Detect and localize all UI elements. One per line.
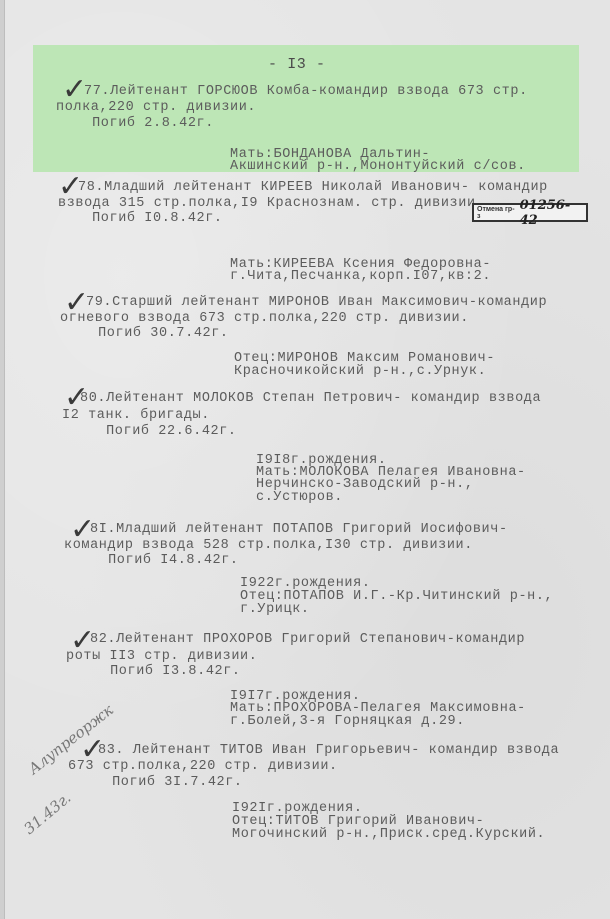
entry-77-line-2: полка,220 стр. дивизии. — [56, 101, 256, 115]
entry-79-relative-2: Красночикойский р-н.,с.Урнук. — [234, 365, 486, 379]
entry-78-line-3: Погиб I0.8.42г. — [66, 212, 223, 226]
entry-78-relative-2: г.Чита,Песчанка,корп.I07,кв:2. — [230, 270, 491, 284]
entry-78-line-2: взвода 315 стр.полка,I9 Краснознам. стр.… — [58, 197, 484, 211]
entry-77-line-1: 77.Лейтенант ГОРСЮОВ Комба-командир взво… — [84, 85, 528, 99]
entry-83-relative-3: Могочинский р-н.,Приск.сред.Курский. — [232, 828, 545, 842]
stamp-number: 01256-42 — [520, 198, 586, 228]
entry-81-relative-3: г.Урицк. — [240, 603, 310, 617]
document-page: - I3 - ✓ 77.Лейтенант ГОРСЮОВ Комба-кома… — [0, 0, 610, 919]
entry-81-line-1: 8I.Младший лейтенант ПОТАПОВ Григорий Ио… — [90, 523, 508, 537]
entry-83-line-3: Погиб 3I.7.42г. — [86, 776, 243, 790]
entry-82-line-1: 82.Лейтенант ПРОХОРОВ Григорий Степанови… — [90, 633, 525, 647]
entry-81-line-3: Погиб I4.8.42г. — [82, 554, 239, 568]
entry-80-relative-4: с.Устюров. — [256, 491, 343, 505]
entry-77-line-3: Погиб 2.8.42г. — [66, 117, 214, 131]
entry-83-line-2: 673 стр.полка,220 стр. дивизии. — [68, 760, 338, 774]
entry-79-line-2: огневого взвода 673 стр.полка,220 стр. д… — [60, 312, 469, 326]
entry-82-line-2: роты II3 стр. дивизии. — [66, 650, 257, 664]
entry-77-relative-2: Акшинский р-н.,Мононтуйский с/сов. — [230, 160, 526, 174]
entry-80-line-1: 80.Лейтенант МОЛОКОВ Степан Петрович- ко… — [80, 392, 541, 406]
entry-82-line-3: Погиб I3.8.42г. — [84, 665, 241, 679]
entry-83-line-1: 83. Лейтенант ТИТОВ Иван Григорьевич- ко… — [98, 744, 559, 758]
entry-80-line-2: I2 танк. бригады. — [62, 409, 210, 423]
entry-80-line-3: Погиб 22.6.42г. — [80, 425, 237, 439]
archive-stamp: Отмена гр-з 01256-42 — [472, 203, 588, 222]
entry-79-line-3: Погиб 30.7.42г. — [72, 327, 229, 341]
entry-82-relative-3: г.Болей,3-я Горняцкая д.29. — [230, 715, 465, 729]
page-number: - I3 - — [268, 58, 326, 72]
page-edge — [0, 0, 5, 919]
handwritten-note-2: 31.43г. — [20, 789, 74, 838]
stamp-label: Отмена гр-з — [474, 206, 517, 220]
entry-78-line-1: 78.Младший лейтенант КИРЕЕВ Николай Иван… — [78, 181, 548, 195]
entry-79-line-1: 79.Старший лейтенант МИРОНОВ Иван Максим… — [86, 296, 547, 310]
entry-81-line-2: командир взвода 528 стр.полка,I30 стр. д… — [64, 539, 473, 553]
